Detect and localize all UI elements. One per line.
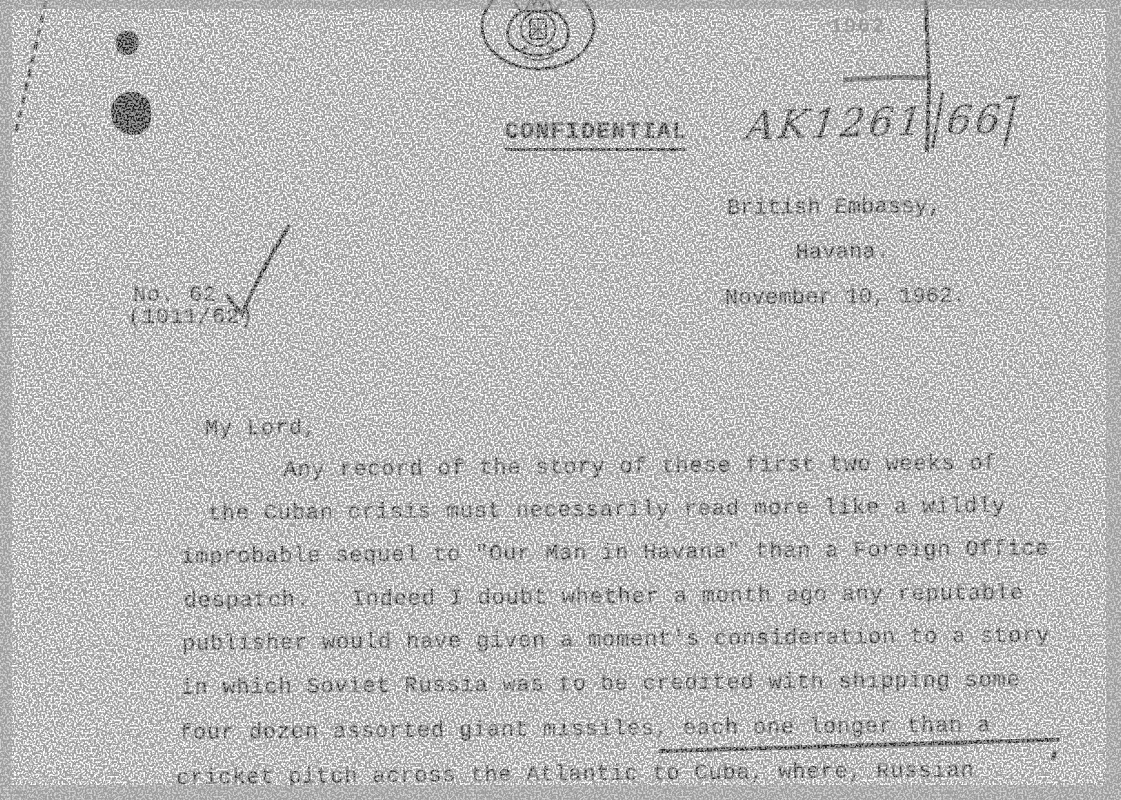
body-line-last: cricket pitch across the Atlantic to Cub… [176,758,974,792]
underlined-phrase: each one longer than a [683,713,991,741]
letter-body: My Lord, Any record of the story of thes… [0,0,1121,800]
body-line-5: publisher would have given a moment's co… [182,624,1050,658]
body-line-2: the Cuban crisis must necessarily read m… [208,494,1006,528]
scanned-letter-page: CONFIDENTIAL S 1962 AK126166 British Emb… [0,0,1121,800]
salutation: My Lord, [205,416,317,443]
body-line-6: in which Soviet Russia was to be credite… [180,668,1020,702]
royal-coat-of-arms-icon [476,0,600,80]
body-line-1: Any record of the story of these first t… [283,451,997,484]
scan-specks [0,0,2,2]
missiles-line-pre: four dozen assorted giant missiles, [179,716,683,746]
body-line-3: improbable sequel to "Our Man in Havana"… [181,537,1049,571]
body-line-missiles: four dozen assorted giant missiles, each… [179,713,991,747]
body-line-4: despatch. Indeed I doubt whether a month… [184,581,1024,615]
